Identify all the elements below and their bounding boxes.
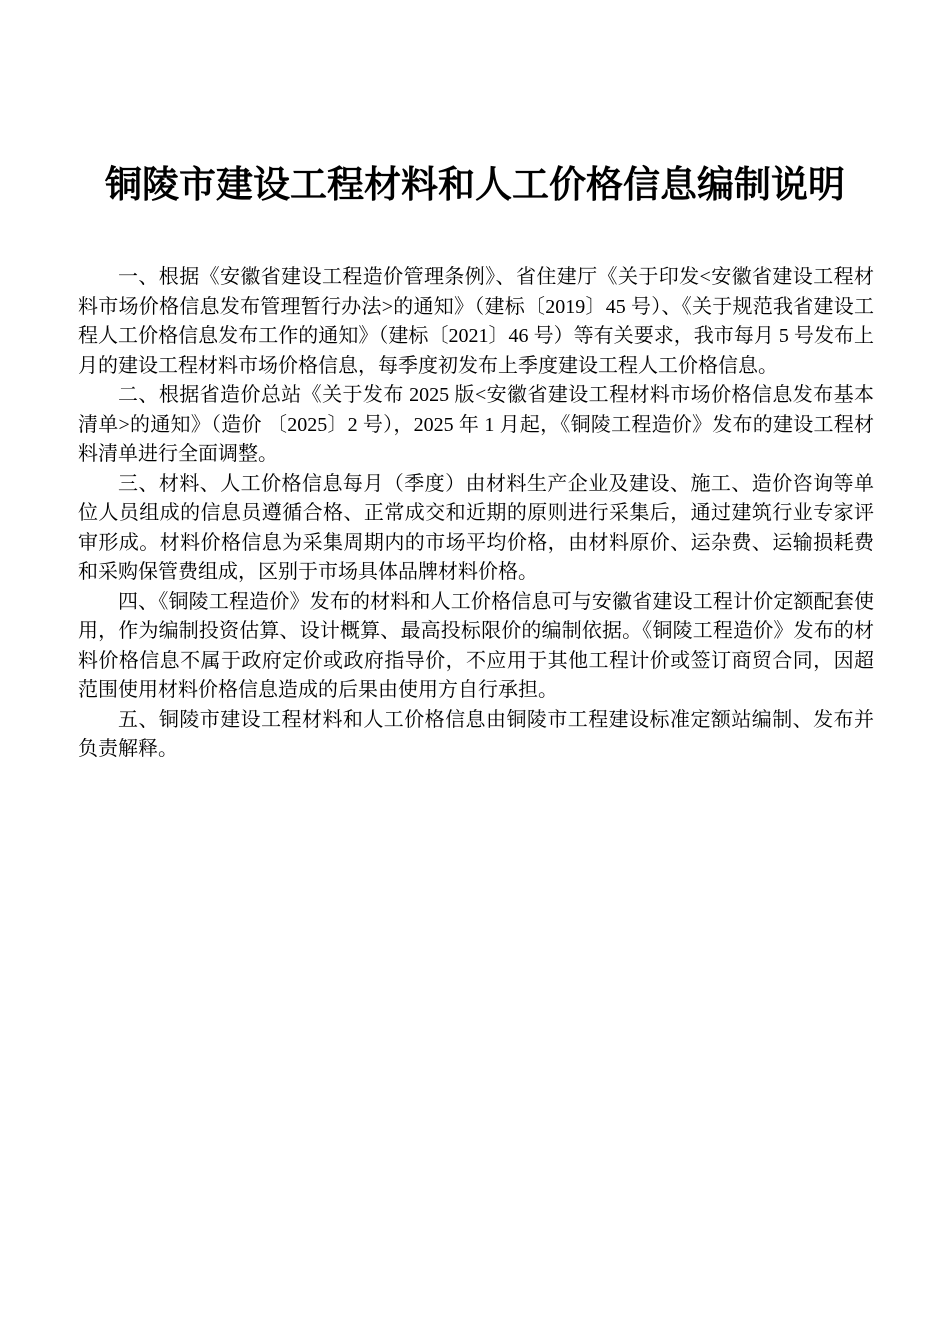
paragraph-4: 四、《铜陵工程造价》发布的材料和人工价格信息可与安徽省建设工程计价定额配套使用，… [78,588,874,706]
document-page: 铜陵市建设工程材料和人工价格信息编制说明 一、根据《安徽省建设工程造价管理条例》… [0,0,950,1344]
page-title: 铜陵市建设工程材料和人工价格信息编制说明 [60,162,890,210]
paragraph-2: 二、根据省造价总站《关于发布 2025 版<安徽省建设工程材料市场价格信息发布基… [78,381,874,470]
paragraph-3: 三、材料、人工价格信息每月（季度）由材料生产企业及建设、施工、造价咨询等单位人员… [78,470,874,588]
paragraph-1: 一、根据《安徽省建设工程造价管理条例》、省住建厅《关于印发<安徽省建设工程材料市… [78,263,874,381]
document-body: 一、根据《安徽省建设工程造价管理条例》、省住建厅《关于印发<安徽省建设工程材料市… [78,263,874,765]
paragraph-5: 五、铜陵市建设工程材料和人工价格信息由铜陵市工程建设标准定额站编制、发布并负责解… [78,706,874,765]
